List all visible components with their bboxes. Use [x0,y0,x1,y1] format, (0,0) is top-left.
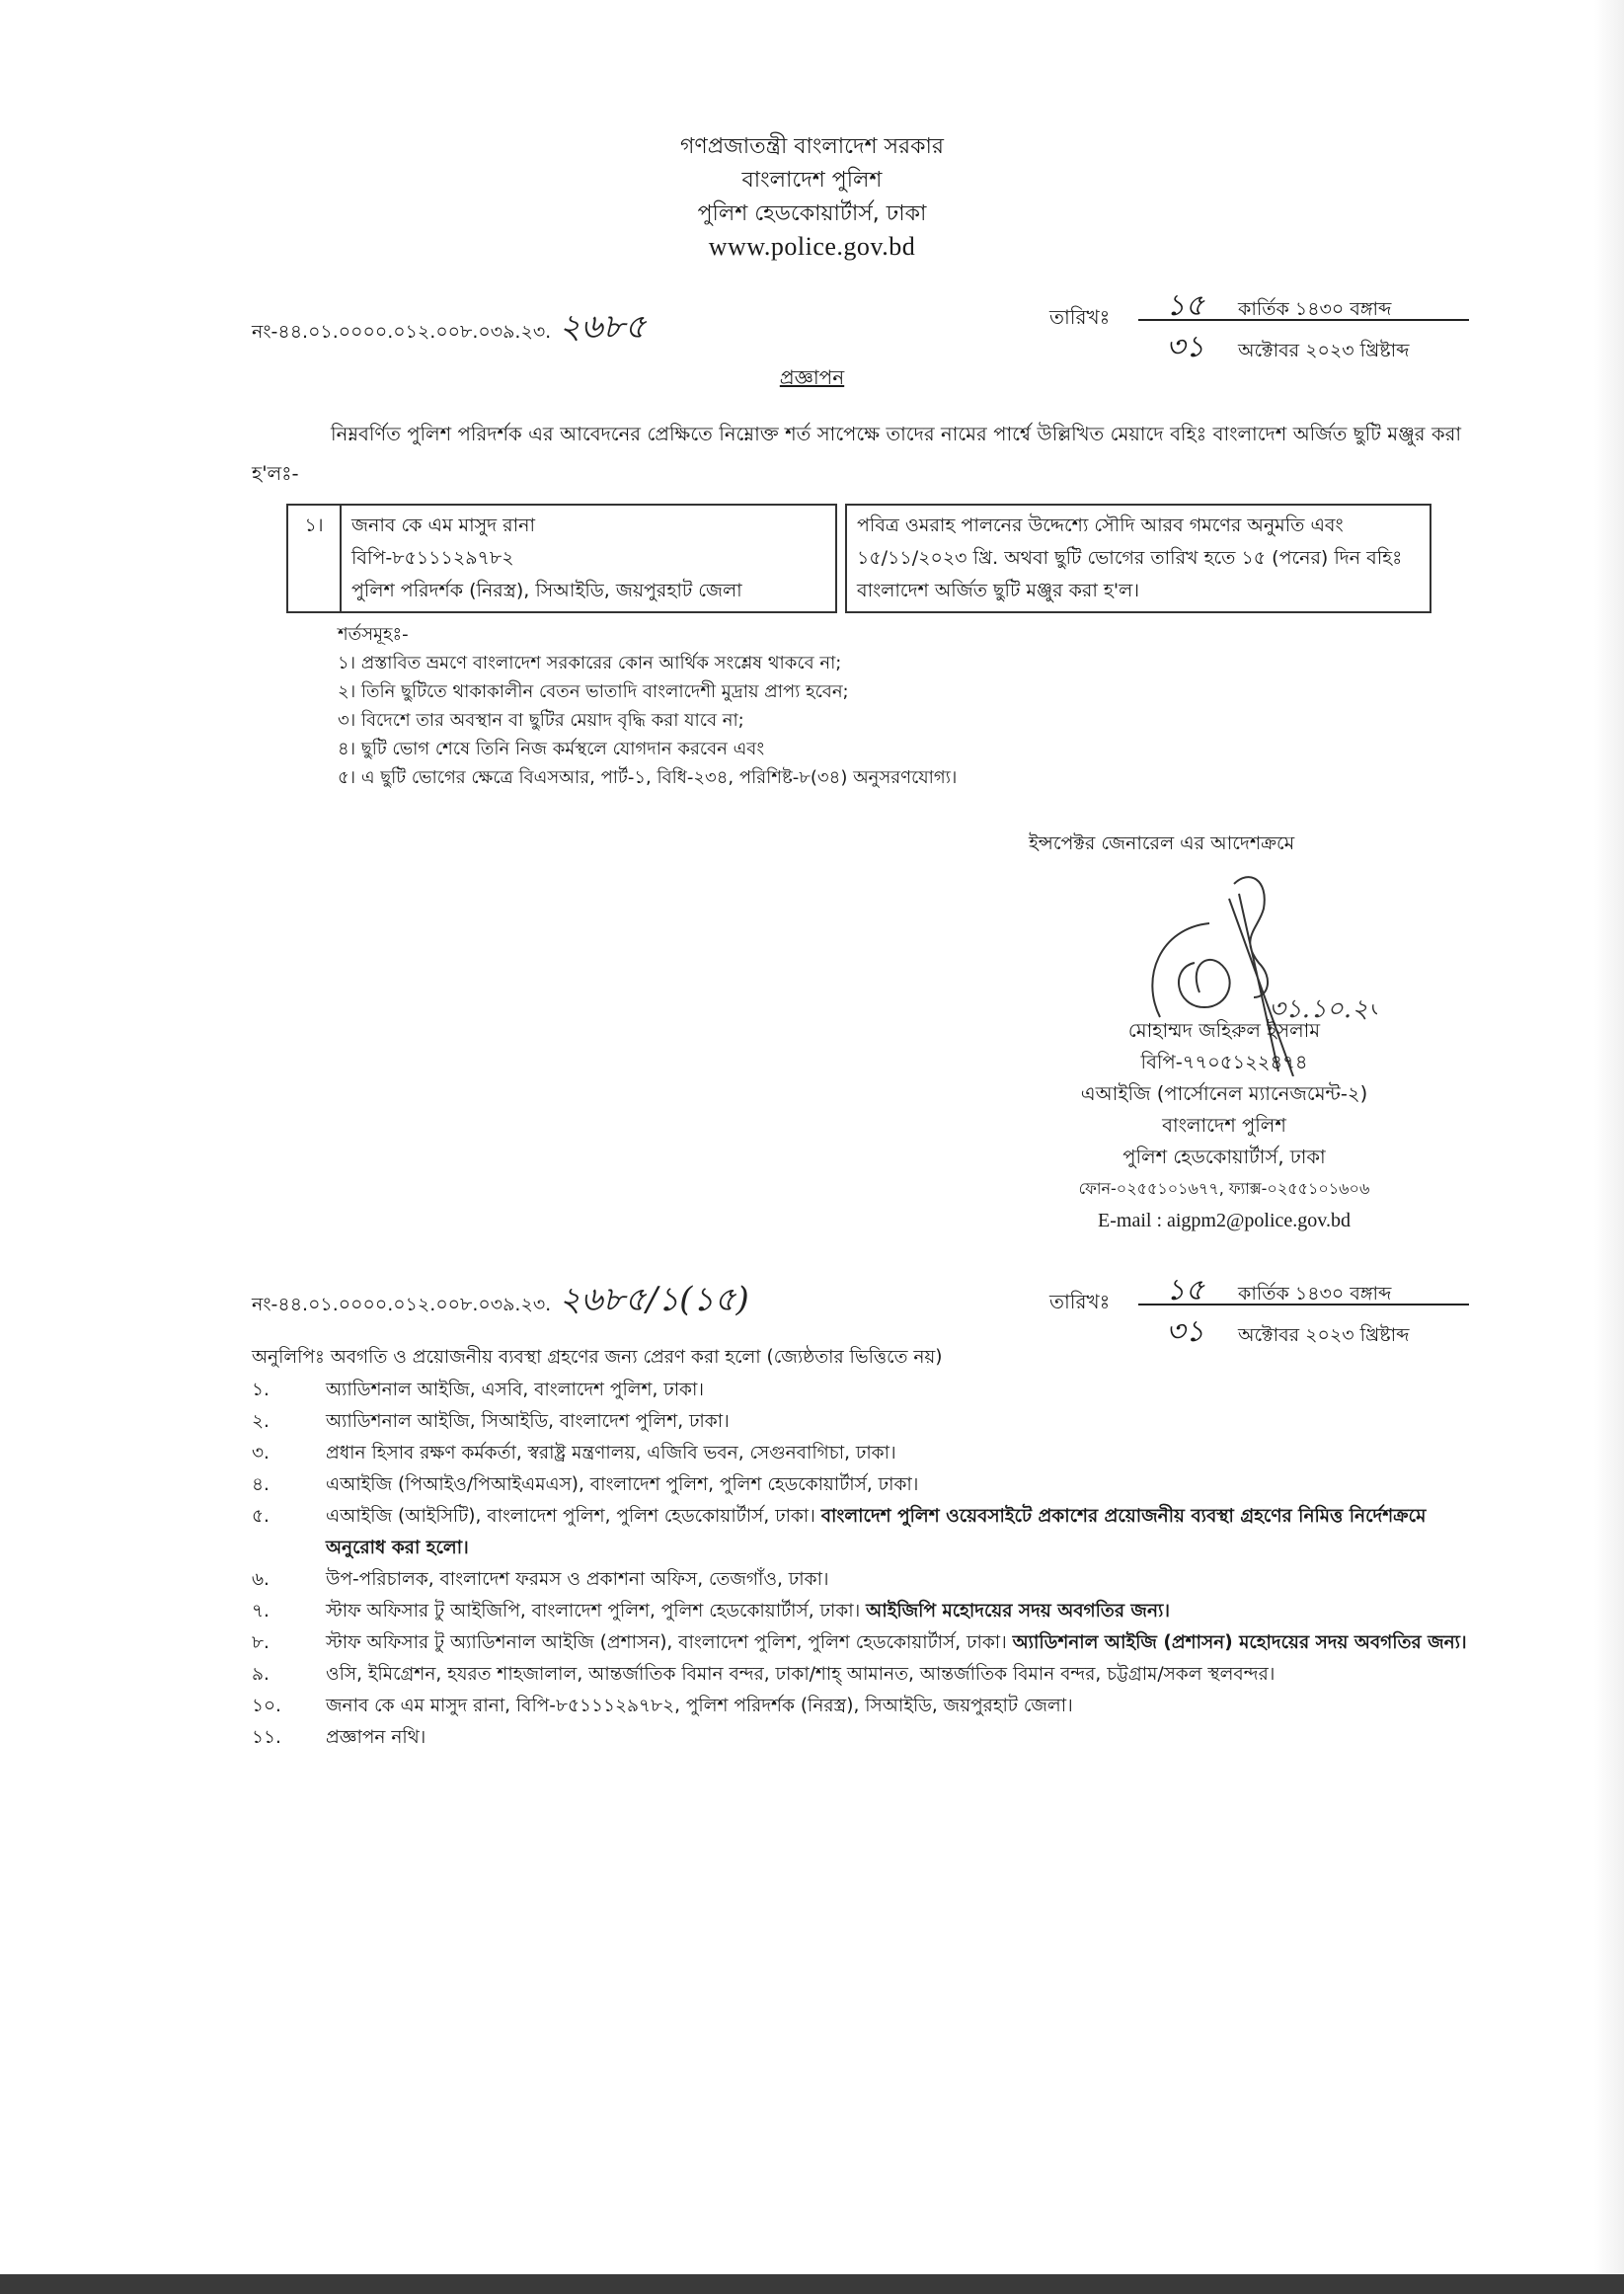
item-note: অ্যাডিশনাল আইজি (প্রশাসন) মহোদয়ের সদয় … [1013,1632,1467,1653]
scanner-bottom-strip [0,2274,1624,2294]
signatory-office: পুলিশ হেডকোয়ার্টার্স, ঢাকা [987,1142,1461,1173]
website-link[interactable]: www.police.gov.bd [0,231,1624,263]
signatory-block: মোহাম্মদ জহিরুল ইসলাম বিপি-৭৭০৫১২২৪৭৪ এআ… [987,1015,1461,1236]
govt-name: গণপ্রজাতন্ত্রী বাংলাদেশ সরকার [0,130,1624,164]
signatory-email[interactable]: E-mail : aigpm2@police.gov.bd [987,1205,1461,1236]
conditions-heading: শর্তসমূহঃ- [338,620,957,649]
officer-bp: বিপি-৮৫১১১২৯৭৮২ [351,542,825,575]
list-item: ৪.এআইজি (পিআইও/পিআইএমএস), বাংলাদেশ পুলিশ… [252,1469,1476,1501]
date-bangla-month-year: কার্তিক ১৪৩০ বঙ্গাব্দ [1238,298,1391,320]
copy-memo-date: তারিখঃ ১৫ কার্তিক ১৪৩০ বঙ্গাব্দ ৩১ অক্টো… [1049,1266,1484,1345]
date-divider [1138,1304,1469,1305]
date-label: তারিখঃ [1049,1288,1110,1320]
copy-to-list: ১.অ্যাডিশনাল আইজি, এসবি, বাংলাদেশ পুলিশ,… [252,1375,1476,1754]
copy-memo-number-prefix: নং-৪৪.০১.০০০০.০১২.০০৮.০৩৯.২৩. [252,1294,551,1315]
date-label: তারিখঃ [1049,303,1110,336]
order-by-line: ইন্সপেক্টর জেনারেল এর আদেশক্রমে [1029,830,1294,861]
signatory-org: বাংলাদেশ পুলিশ [987,1110,1461,1142]
memo-number: নং-৪৪.০১.০০০০.০১২.০০৮.০৩৯.২৩.২৬৮৫ [252,301,647,357]
date-greg-month-year: অক্টোবর ২০২৩ খ্রিষ্টাব্দ [1238,340,1409,361]
date-divider [1138,319,1469,321]
list-item: ৫.এআইজি (আইসিটি), বাংলাদেশ পুলিশ, পুলিশ … [252,1501,1476,1564]
purpose-cell: পবিত্র ওমরাহ পালনের উদ্দেশ্যে সৌদি আরব গ… [846,505,1431,612]
condition-item: ২। তিনি ছুটিতে থাকাকালীন বেতন ভাতাদি বাং… [338,677,957,706]
date-bangla-month-year: কার্তিক ১৪৩০ বঙ্গাব্দ [1238,1283,1391,1305]
date-gregorian: ৩১ অক্টোবর ২০২৩ খ্রিষ্টাব্দ [1138,1307,1409,1358]
office-name: পুলিশ হেডকোয়ার্টার্স, ঢাকা [0,198,1624,231]
list-item: ৬.উপ-পরিচালক, বাংলাদেশ ফরমস ও প্রকাশনা অ… [252,1564,1476,1596]
list-item: ১০.জনাব কে এম মাসুদ রানা, বিপি-৮৫১১১২৯৭৮… [252,1691,1476,1722]
condition-item: ৩। বিদেশে তার অবস্থান বা ছুটির মেয়াদ বৃ… [338,706,957,735]
list-item: ২.অ্যাডিশনাল আইজি, সিআইডি, বাংলাদেশ পুলি… [252,1406,1476,1438]
condition-item: ১। প্রস্তাবিত ভ্রমণে বাংলাদেশ সরকারের কো… [338,649,957,677]
copy-to-heading: অনুলিপিঃ অবগতি ও প্রয়োজনীয় ব্যবস্থা গ্… [252,1343,943,1374]
officer-designation: পুলিশ পরিদর্শক (নিরস্ত্র), সিআইডি, জয়পু… [351,575,825,607]
memo-number-handwritten: ২৬৮৫ [559,307,646,347]
item-note: আইজিপি মহোদয়ের সদয় অবগতির জন্য। [866,1601,1170,1622]
list-item: ৭.স্টাফ অফিসার টু আইজিপি, বাংলাদেশ পুলিশ… [252,1596,1476,1627]
date-greg-month-year: অক্টোবর ২০২৩ খ্রিষ্টাব্দ [1238,1324,1409,1346]
letterhead: গণপ্রজাতন্ত্রী বাংলাদেশ সরকার বাংলাদেশ প… [0,130,1624,263]
copy-memo-number-handwritten: ২৬৮৫/১(১৫) [559,1280,749,1319]
memo-date: তারিখঃ ১৫ কার্তিক ১৪৩০ বঙ্গাব্দ ৩১ অক্টো… [1049,281,1484,360]
memo-number-prefix: নং-৪৪.০১.০০০০.০১২.০০৮.০৩৯.২৩. [252,321,551,343]
list-item: ৩.প্রধান হিসাব রক্ষণ কর্মকর্তা, স্বরাষ্ট… [252,1438,1476,1469]
org-name: বাংলাদেশ পুলিশ [0,164,1624,198]
conditions-list: শর্তসমূহঃ- ১। প্রস্তাবিত ভ্রমণে বাংলাদেশ… [338,620,957,792]
list-item: ৮.স্টাফ অফিসার টু অ্যাডিশনাল আইজি (প্রশা… [252,1627,1476,1659]
serial-cell: ১। [287,505,341,612]
condition-item: ৫। এ ছুটি ভোগের ক্ষেত্রে বিএসআর, পার্ট-১… [338,763,957,792]
table-row: ১। জনাব কে এম মাসুদ রানা বিপি-৮৫১১১২৯৭৮২… [287,505,1431,612]
signatory-designation: এআইজি (পার্সোনেল ম্যানেজমেন্ট-২) [987,1078,1461,1110]
signatory-name: মোহাম্মদ জহিরুল ইসলাম [987,1015,1461,1047]
condition-item: ৪। ছুটি ভোগ শেষে তিনি নিজ কর্মস্থলে যোগদ… [338,735,957,763]
scan-edge-shadow [1594,0,1624,2274]
signatory-contact: ফোন-০২৫৫১০১৬৭৭, ফ্যাক্স-০২৫৫১০১৬০৬ [987,1173,1461,1205]
list-item: ৯.ওসি, ইমিগ্রেশন, হযরত শাহজালাল, আন্তর্জ… [252,1659,1476,1691]
copy-memo-number: নং-৪৪.০১.০০০০.০১২.০০৮.০৩৯.২৩.২৬৮৫/১(১৫) [252,1274,749,1330]
signatory-bp: বিপি-৭৭০৫১২২৪৭৪ [987,1047,1461,1078]
leave-grant-table: ১। জনাব কে এম মাসুদ রানা বিপি-৮৫১১১২৯৭৮২… [286,504,1431,613]
notice-title: প্রজ্ঞাপন [0,363,1624,396]
intro-paragraph: নিম্নবর্ণিত পুলিশ পরিদর্শক এর আবেদনের প্… [252,415,1461,494]
list-item: ১১.প্রজ্ঞাপন নথি। [252,1722,1476,1754]
officer-cell: জনাব কে এম মাসুদ রানা বিপি-৮৫১১১২৯৭৮২ পু… [341,505,836,612]
date-greg-day: ৩১ [1138,1307,1232,1358]
list-item: ১.অ্যাডিশনাল আইজি, এসবি, বাংলাদেশ পুলিশ,… [252,1375,1476,1406]
document-page: গণপ্রজাতন্ত্রী বাংলাদেশ সরকার বাংলাদেশ প… [0,0,1624,2294]
cell-gap [836,505,846,612]
officer-name: জনাব কে এম মাসুদ রানা [351,510,825,542]
